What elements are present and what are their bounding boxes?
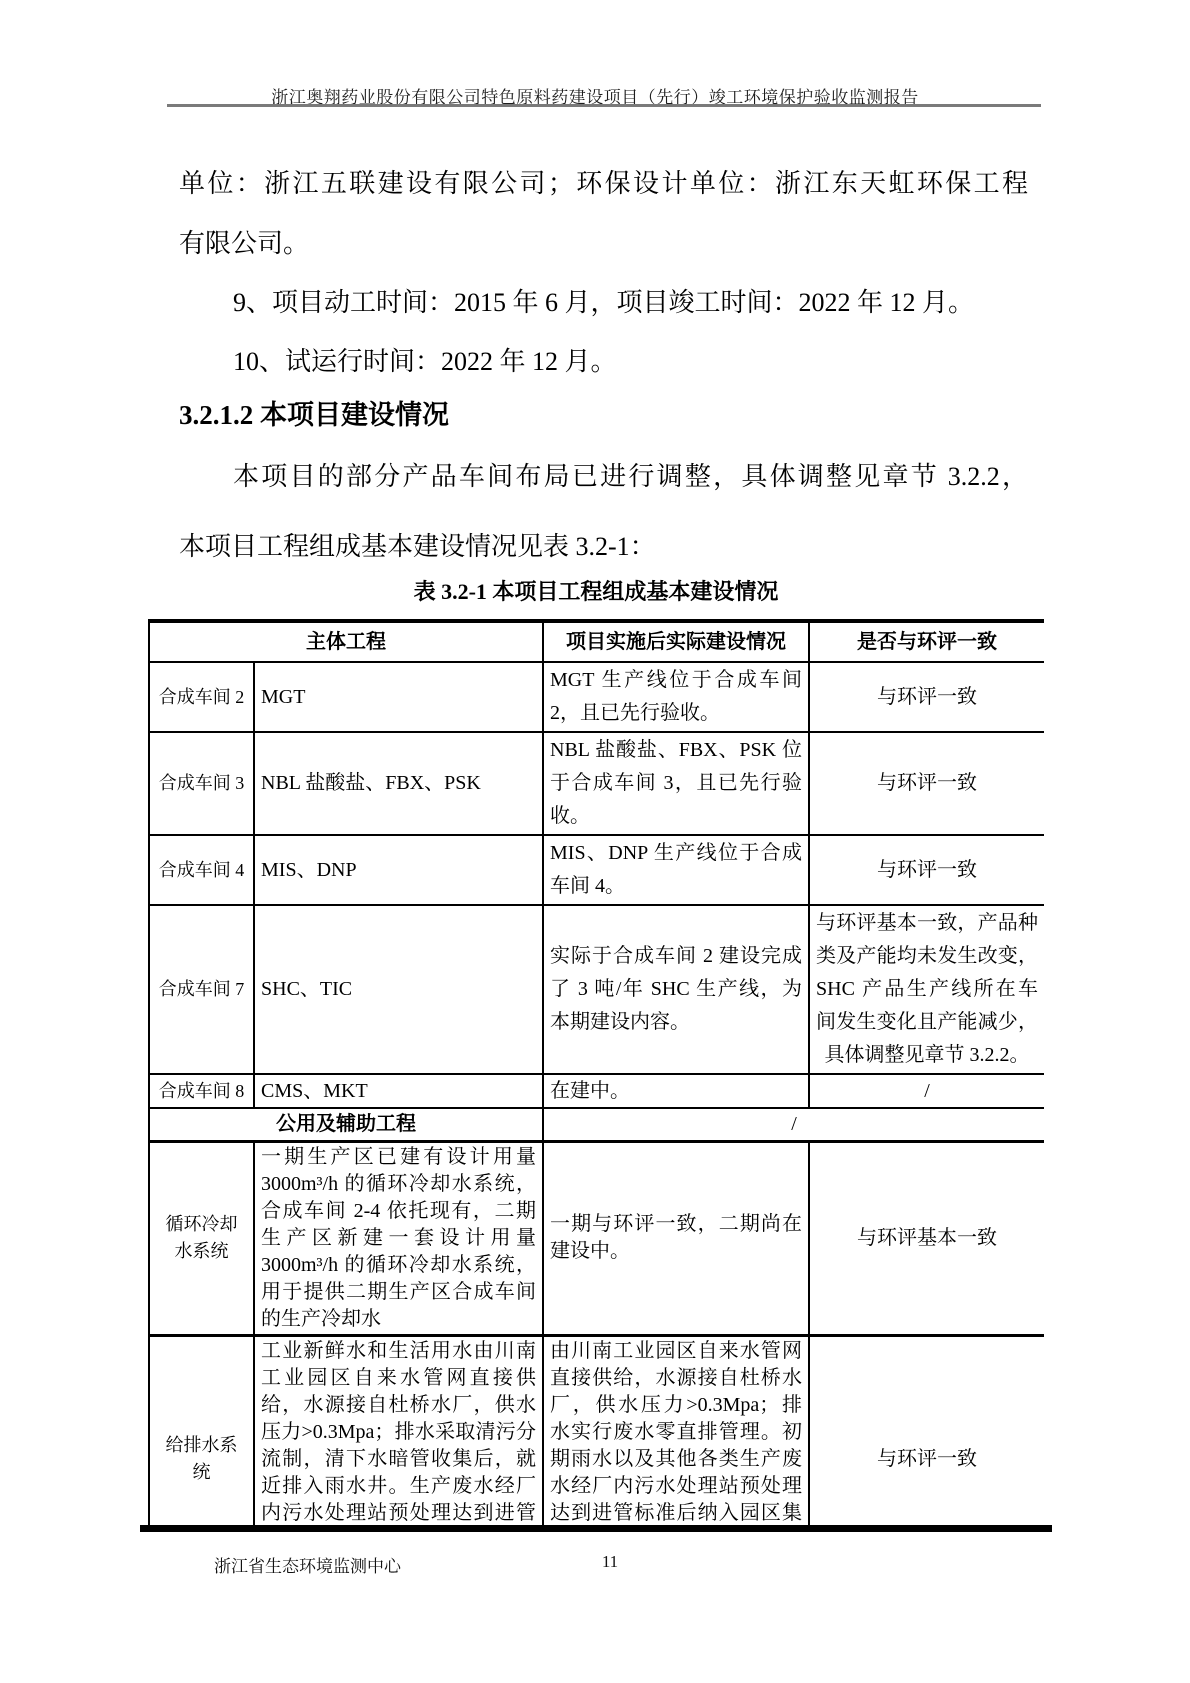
cell-workshop: 合成车间 4 <box>149 835 254 905</box>
cell-products: SHC、TIC <box>254 905 543 1074</box>
section-row-value: / <box>543 1108 1044 1141</box>
cell-consistency: 与环评一致 <box>809 732 1044 835</box>
cell-products: CMS、MKT <box>254 1074 543 1108</box>
section-paragraph-line1: 本项目的部分产品车间布局已进行调整，具体调整见章节 3.2.2， <box>179 461 1028 492</box>
column-header-eia-consistency: 是否与环评一致 <box>809 621 1044 662</box>
page-break-cut-line <box>140 1525 1052 1532</box>
cell-status: 由川南工业园区自来水管网直接供给，水源接自杜桥水厂，供水压力>0.3Mpa；排水… <box>543 1335 809 1525</box>
document-page: 浙江奥翔药业股份有限公司特色原料药建设项目（先行）竣工环境保护验收监测报告 单位… <box>0 0 1190 1683</box>
cell-workshop: 循环冷却 水系统 <box>149 1141 254 1335</box>
cell-consistency: 与环评基本一致 <box>809 1141 1044 1335</box>
cell-status: MIS、DNP 生产线位于合成车间 4。 <box>543 835 809 905</box>
column-header-main-works: 主体工程 <box>149 621 543 662</box>
cell-workshop: 给排水系 统 <box>149 1335 254 1525</box>
cell-status: NBL 盐酸盐、FBX、PSK 位于合成车间 3，且已先行验收。 <box>543 732 809 835</box>
cell-products: 工业新鲜水和生活用水由川南工业园区自来水管网直接供给，水源接自杜桥水厂，供水压力… <box>254 1335 543 1525</box>
list-item-10: 10、试运行时间：2022 年 12 月。 <box>179 346 1028 377</box>
paragraph-continuation-line2: 有限公司。 <box>179 228 1028 259</box>
cell-status: MGT 生产线位于合成车间 2，且已先行验收。 <box>543 662 809 732</box>
table-caption: 表 3.2-1 本项目工程组成基本建设情况 <box>148 579 1044 605</box>
cell-workshop: 合成车间 2 <box>149 662 254 732</box>
cell-status: 一期与环评一致，二期尚在建设中。 <box>543 1141 809 1335</box>
footer-organization: 浙江省生态环境监测中心 <box>214 1552 401 1577</box>
cell-workshop: 合成车间 8 <box>149 1074 254 1108</box>
table-row: 合成车间 8 CMS、MKT 在建中。 / <box>149 1074 1044 1108</box>
cell-workshop: 合成车间 7 <box>149 905 254 1074</box>
footer-page-number: 11 <box>590 1552 630 1572</box>
table-header-row: 主体工程 项目实施后实际建设情况 是否与环评一致 <box>149 621 1044 662</box>
table-3-2-1: 主体工程 项目实施后实际建设情况 是否与环评一致 合成车间 2 MGT MGT … <box>148 619 1044 1525</box>
list-item-9: 9、项目动工时间：2015 年 6 月，项目竣工时间：2022 年 12 月。 <box>179 287 1028 318</box>
cell-status: 在建中。 <box>543 1074 809 1108</box>
cell-products: 一期生产区已建有设计用量3000m³/h 的循环冷却水系统，合成车间 2-4 依… <box>254 1141 543 1335</box>
table-row: 合成车间 4 MIS、DNP MIS、DNP 生产线位于合成车间 4。 与环评一… <box>149 835 1044 905</box>
table-row: 给排水系 统 工业新鲜水和生活用水由川南工业园区自来水管网直接供给，水源接自杜桥… <box>149 1335 1044 1525</box>
cell-status: 实际于合成车间 2 建设完成了 3 吨/年 SHC 生产线，为本期建设内容。 <box>543 905 809 1074</box>
section-paragraph-line2: 本项目工程组成基本建设情况见表 3.2-1： <box>179 531 1028 562</box>
table-row: 合成车间 3 NBL 盐酸盐、FBX、PSK NBL 盐酸盐、FBX、PSK 位… <box>149 732 1044 835</box>
cell-products: MIS、DNP <box>254 835 543 905</box>
cell-consistency: 与环评一致 <box>809 835 1044 905</box>
table-row: 循环冷却 水系统 一期生产区已建有设计用量3000m³/h 的循环冷却水系统，合… <box>149 1141 1044 1335</box>
cell-consistency: 与环评一致 <box>809 1335 1044 1525</box>
cell-consistency: / <box>809 1074 1044 1108</box>
section-row-label: 公用及辅助工程 <box>149 1108 543 1141</box>
header-divider <box>167 104 1041 107</box>
section-heading: 3.2.1.2 本项目建设情况 <box>179 400 1028 431</box>
table-section-row: 公用及辅助工程 / <box>149 1108 1044 1141</box>
paragraph-continuation-line1: 单位：浙江五联建设有限公司；环保设计单位：浙江东天虹环保工程 <box>179 168 1028 199</box>
column-header-actual-construction: 项目实施后实际建设情况 <box>543 621 809 662</box>
cell-workshop: 合成车间 3 <box>149 732 254 835</box>
table-row: 合成车间 2 MGT MGT 生产线位于合成车间 2，且已先行验收。 与环评一致 <box>149 662 1044 732</box>
table-row: 合成车间 7 SHC、TIC 实际于合成车间 2 建设完成了 3 吨/年 SHC… <box>149 905 1044 1074</box>
cell-products: MGT <box>254 662 543 732</box>
cell-products: NBL 盐酸盐、FBX、PSK <box>254 732 543 835</box>
cell-consistency: 与环评基本一致，产品种类及产能均未发生改变，SHC 产品生产线所在车间发生变化且… <box>809 905 1044 1074</box>
table-3-2-1-wrapper: 主体工程 项目实施后实际建设情况 是否与环评一致 合成车间 2 MGT MGT … <box>148 619 1044 1525</box>
cell-consistency: 与环评一致 <box>809 662 1044 732</box>
